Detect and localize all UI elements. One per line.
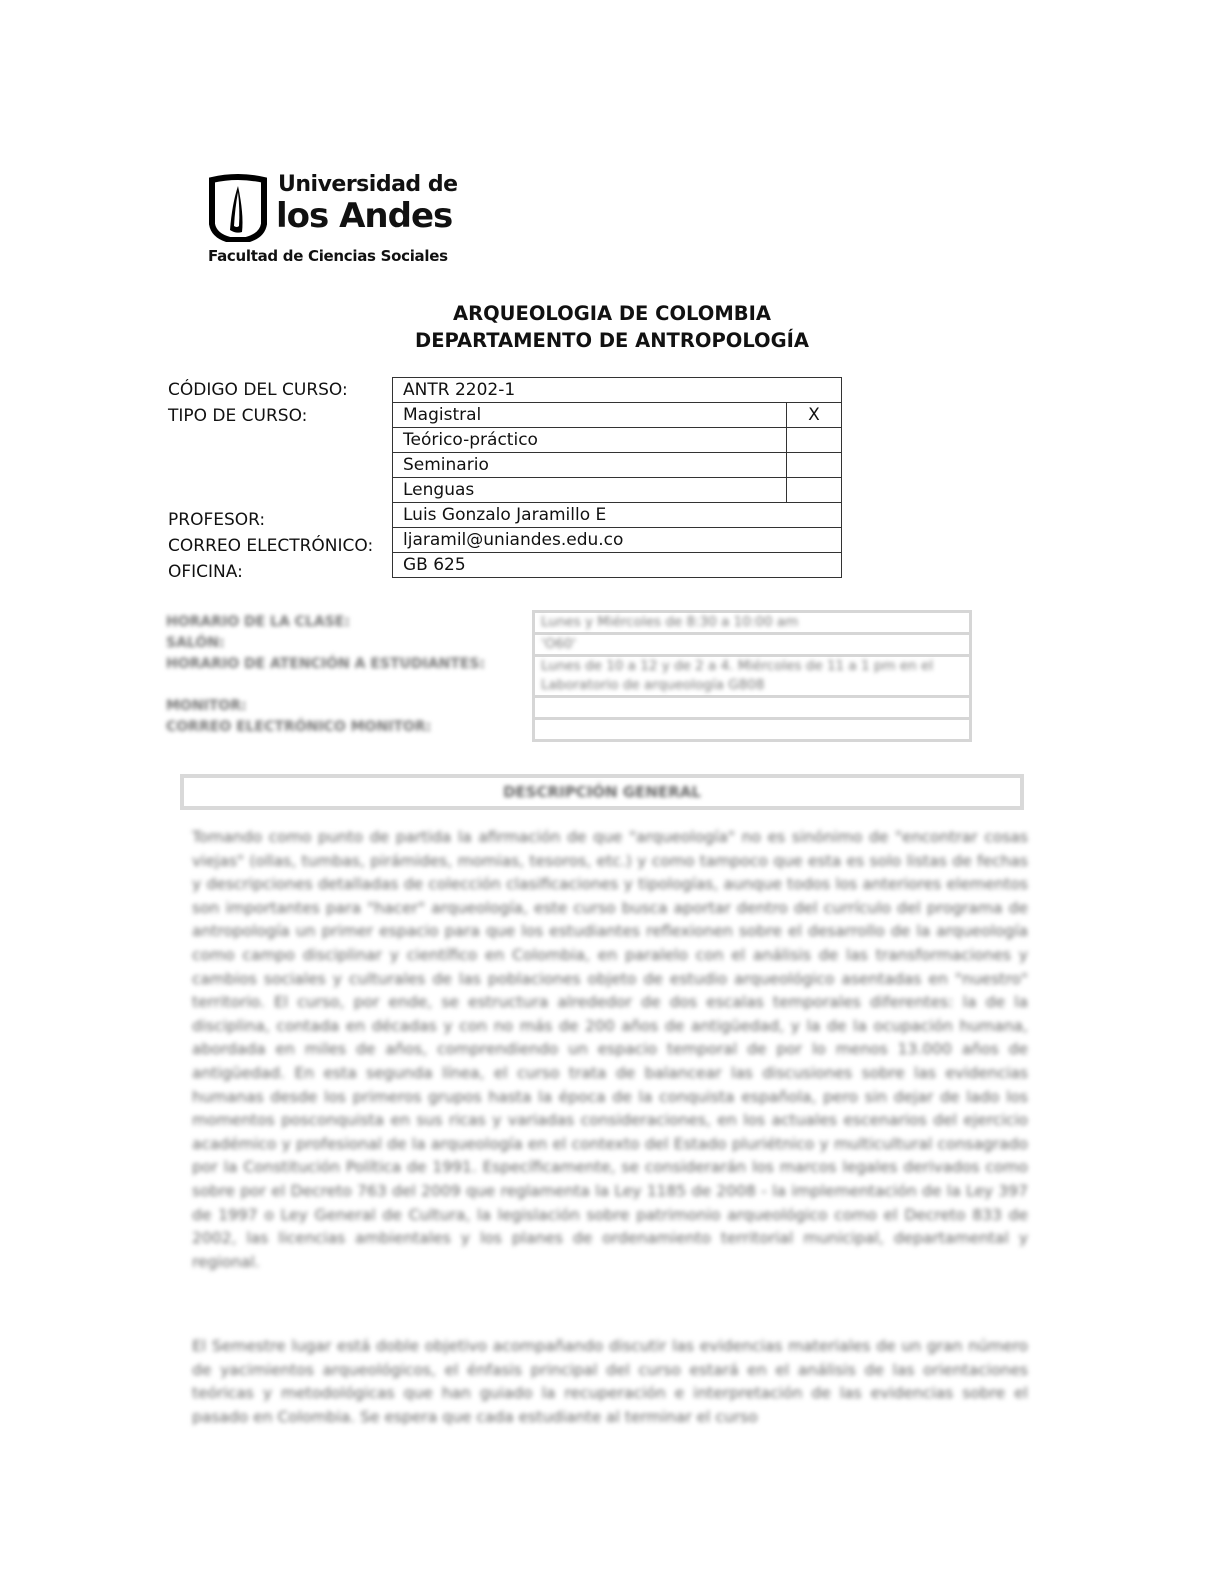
monitor <box>534 697 971 719</box>
course-type-label: Teórico-práctico <box>393 428 787 453</box>
room: 'O60' <box>534 634 971 656</box>
table-row: Teórico-práctico <box>393 428 842 453</box>
label-type: TIPO DE CURSO: <box>168 403 373 429</box>
table-row: ljaramil@uniandes.edu.co <box>393 528 842 553</box>
label-class-hours: HORARIO DE LA CLASE: <box>166 612 485 633</box>
table-row <box>534 719 971 741</box>
label-office: OFICINA: <box>168 559 373 585</box>
course-title: ARQUEOLOGIA DE COLOMBIA <box>0 300 1224 327</box>
table-row: GB 625 <box>393 553 842 578</box>
table-row: Luis Gonzalo Jaramillo E <box>393 503 842 528</box>
monitor-email <box>534 719 971 741</box>
label-code: CÓDIGO DEL CURSO: <box>168 377 373 403</box>
course-type-label: Magistral <box>393 403 787 428</box>
table-row: ANTR 2202-1 <box>393 378 842 403</box>
table-row: Seminario <box>393 453 842 478</box>
label-room: SALÓN: <box>166 633 485 654</box>
shield-icon <box>206 174 270 242</box>
table-row: Lunes y Miércoles de 8:30 a 10:00 am <box>534 612 971 634</box>
description-heading-text: DESCRIPCIÓN GENERAL <box>503 783 701 801</box>
department-title: DEPARTAMENTO DE ANTROPOLOGÍA <box>0 327 1224 354</box>
course-type-mark <box>787 453 842 478</box>
professor-name: Luis Gonzalo Jaramillo E <box>393 503 842 528</box>
office: GB 625 <box>393 553 842 578</box>
label-monitor: MONITOR: <box>166 696 485 717</box>
class-hours: Lunes y Miércoles de 8:30 a 10:00 am <box>534 612 971 634</box>
professor-email[interactable]: ljaramil@uniandes.edu.co <box>393 528 842 553</box>
table-row: 'O60' <box>534 634 971 656</box>
table-row: MagistralX <box>393 403 842 428</box>
course-type-mark <box>787 478 842 503</box>
office-hours: Lunes de 10 a 12 y de 2 a 4. Miércoles d… <box>534 656 971 697</box>
logo-line-1: Universidad de <box>278 172 457 198</box>
schedule-table: Lunes y Miércoles de 8:30 a 10:00 am 'O6… <box>532 610 972 742</box>
document-title: ARQUEOLOGIA DE COLOMBIA DEPARTAMENTO DE … <box>0 300 1224 354</box>
info-labels: CÓDIGO DEL CURSO: TIPO DE CURSO: PROFESO… <box>168 377 373 585</box>
university-logo: Universidad de los Andes Facultad de Cie… <box>206 172 451 268</box>
table-row: Lenguas <box>393 478 842 503</box>
course-type-label: Lenguas <box>393 478 787 503</box>
course-info-table: ANTR 2202-1 MagistralX Teórico-práctico … <box>392 377 842 578</box>
syllabus-page: Universidad de los Andes Facultad de Cie… <box>0 0 1224 1584</box>
label-email: CORREO ELECTRÓNICO: <box>168 533 373 559</box>
logo-faculty: Facultad de Ciencias Sociales <box>208 247 448 265</box>
course-type-mark <box>787 428 842 453</box>
logo-line-2: los Andes <box>276 196 452 236</box>
course-code: ANTR 2202-1 <box>393 378 842 403</box>
course-type-mark: X <box>787 403 842 428</box>
schedule-labels: HORARIO DE LA CLASE: SALÓN: HORARIO DE A… <box>166 612 485 738</box>
course-type-label: Seminario <box>393 453 787 478</box>
table-row: Lunes de 10 a 12 y de 2 a 4. Miércoles d… <box>534 656 971 697</box>
label-professor: PROFESOR: <box>168 507 373 533</box>
description-paragraph: Tomando como punto de partida la afirmac… <box>192 826 1028 1274</box>
label-office-hours: HORARIO DE ATENCIÓN A ESTUDIANTES: <box>166 654 485 675</box>
table-row <box>534 697 971 719</box>
description-heading: DESCRIPCIÓN GENERAL <box>180 774 1024 810</box>
label-monitor-email: CORREO ELECTRÓNICO MONITOR: <box>166 717 485 738</box>
description-paragraph: El Semestre lugar está doble objetivo ac… <box>192 1335 1028 1429</box>
